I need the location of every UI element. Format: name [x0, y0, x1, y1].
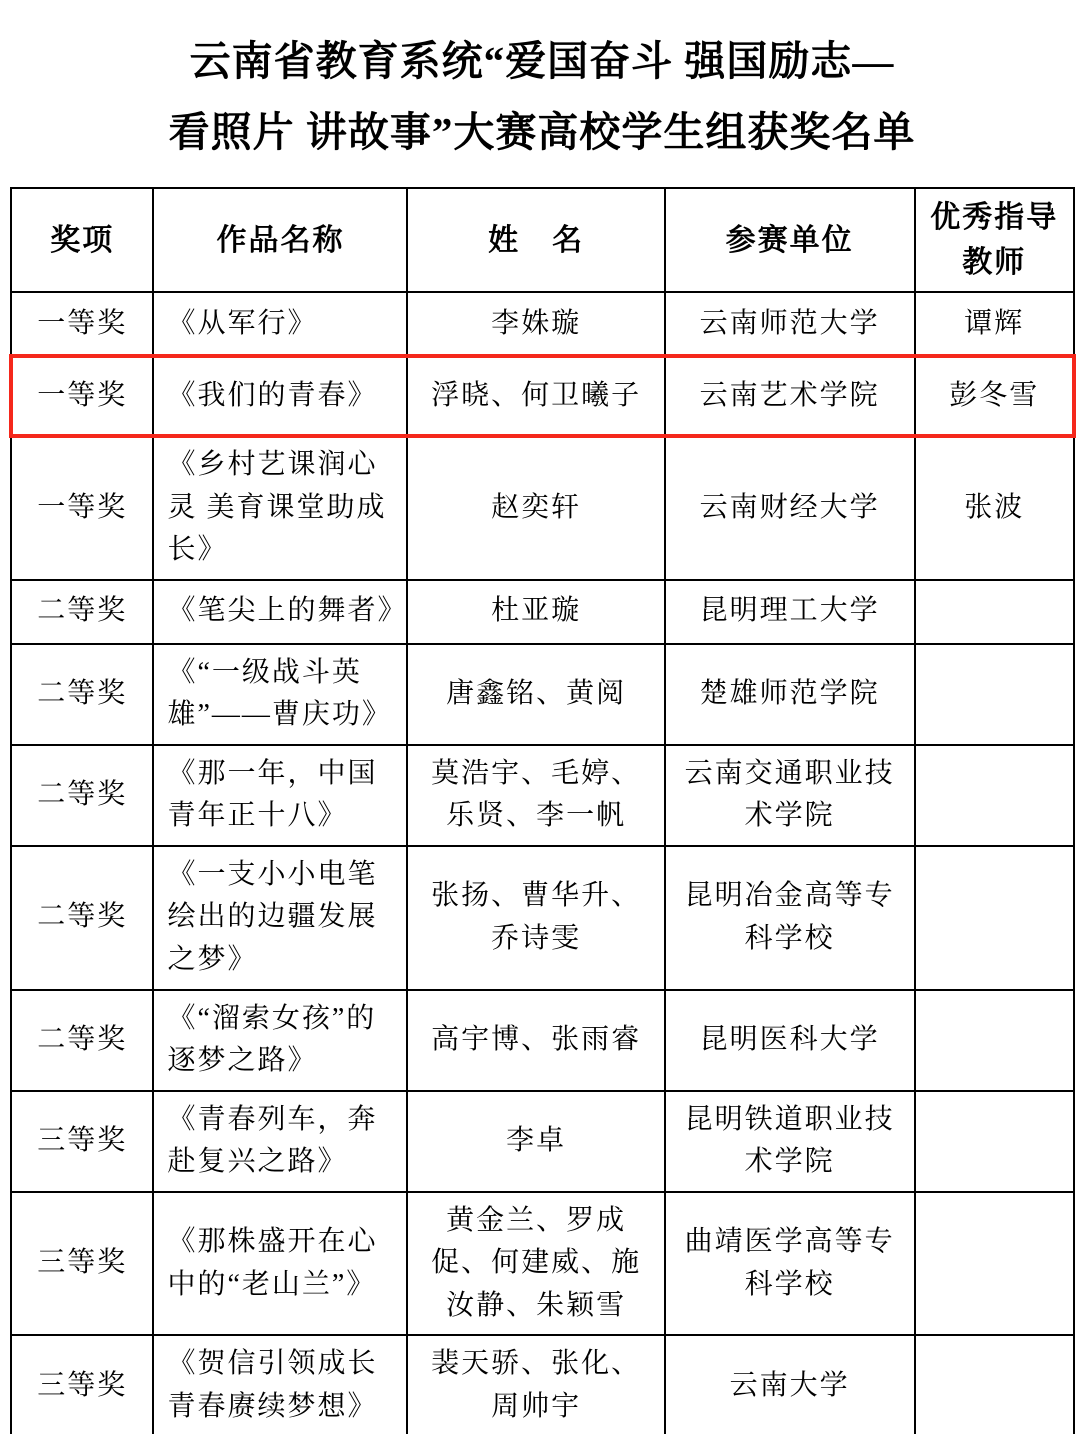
page-title-line2: 看照片 讲故事”大赛高校学生组获奖名单: [169, 109, 916, 155]
award-cell: 二等奖: [11, 580, 153, 644]
awards-table: 奖项 作品名称 姓 名 参赛单位 优秀指导教师 一等奖《从军行》李姝璇云南师范大…: [10, 187, 1075, 1434]
awards-table-body: 一等奖《从军行》李姝璇云南师范大学谭辉一等奖《我们的青春》浮晓、何卫曦子云南艺术…: [11, 292, 1074, 1434]
unit-cell: 曲靖医学高等专科学校: [665, 1192, 915, 1336]
names-cell: 李卓: [407, 1091, 664, 1192]
award-cell: 三等奖: [11, 1091, 153, 1192]
unit-cell: 云南艺术学院: [665, 356, 915, 436]
names-cell: 裴天骄、张化、周帅宇: [407, 1335, 664, 1434]
unit-cell: 昆明医科大学: [665, 990, 915, 1091]
teacher-cell: [915, 846, 1074, 990]
table-row: 三等奖《青春列车，奔赴复兴之路》李卓昆明铁道职业技术学院: [11, 1091, 1074, 1192]
work-cell: 《“溜索女孩”的逐梦之路》: [153, 990, 407, 1091]
award-cell: 二等奖: [11, 990, 153, 1091]
work-cell: 《“一级战斗英雄”——曹庆功》: [153, 644, 407, 745]
unit-cell: 昆明冶金高等专科学校: [665, 846, 915, 990]
names-cell: 杜亚璇: [407, 580, 664, 644]
table-row-highlighted: 一等奖《我们的青春》浮晓、何卫曦子云南艺术学院彭冬雪: [11, 356, 1074, 436]
names-cell: 莫浩宇、毛婷、乐贤、李一帆: [407, 745, 664, 846]
col-header-names: 姓 名: [407, 188, 664, 292]
table-header-row: 奖项 作品名称 姓 名 参赛单位 优秀指导教师: [11, 188, 1074, 292]
teacher-cell: [915, 745, 1074, 846]
document-page: 云南省教育系统“爱国奋斗 强国励志— 看照片 讲故事”大赛高校学生组获奖名单 奖…: [0, 0, 1084, 1434]
table-row: 二等奖《“一级战斗英雄”——曹庆功》唐鑫铭、黄阅楚雄师范学院: [11, 644, 1074, 745]
teacher-cell: 彭冬雪: [915, 356, 1074, 436]
names-cell: 张扬、曹华升、乔诗雯: [407, 846, 664, 990]
unit-cell: 云南大学: [665, 1335, 915, 1434]
col-header-award: 奖项: [11, 188, 153, 292]
teacher-cell: [915, 644, 1074, 745]
award-cell: 三等奖: [11, 1335, 153, 1434]
unit-cell: 云南交通职业技术学院: [665, 745, 915, 846]
names-cell: 浮晓、何卫曦子: [407, 356, 664, 436]
work-cell: 《那株盛开在心中的“老山兰”》: [153, 1192, 407, 1336]
work-cell: 《从军行》: [153, 292, 407, 356]
unit-cell: 云南师范大学: [665, 292, 915, 356]
teacher-cell: 谭辉: [915, 292, 1074, 356]
table-row: 一等奖《乡村艺课润心灵 美育课堂助成长》赵奕轩云南财经大学张波: [11, 436, 1074, 580]
unit-cell: 昆明理工大学: [665, 580, 915, 644]
col-header-teacher: 优秀指导教师: [915, 188, 1074, 292]
table-row: 三等奖《那株盛开在心中的“老山兰”》黄金兰、罗成促、何建威、施汝静、朱颖雪曲靖医…: [11, 1192, 1074, 1336]
unit-cell: 云南财经大学: [665, 436, 915, 580]
names-cell: 李姝璇: [407, 292, 664, 356]
work-cell: 《贺信引领成长青春赓续梦想》: [153, 1335, 407, 1434]
award-cell: 三等奖: [11, 1192, 153, 1336]
teacher-cell: 张波: [915, 436, 1074, 580]
unit-cell: 昆明铁道职业技术学院: [665, 1091, 915, 1192]
teacher-cell: [915, 1192, 1074, 1336]
work-cell: 《乡村艺课润心灵 美育课堂助成长》: [153, 436, 407, 580]
award-cell: 二等奖: [11, 846, 153, 990]
award-cell: 一等奖: [11, 436, 153, 580]
award-cell: 一等奖: [11, 292, 153, 356]
table-row: 二等奖《那一年，中国青年正十八》莫浩宇、毛婷、乐贤、李一帆云南交通职业技术学院: [11, 745, 1074, 846]
unit-cell: 楚雄师范学院: [665, 644, 915, 745]
award-cell: 二等奖: [11, 644, 153, 745]
award-cell: 二等奖: [11, 745, 153, 846]
page-title: 云南省教育系统“爱国奋斗 强国励志— 看照片 讲故事”大赛高校学生组获奖名单: [28, 26, 1056, 167]
work-cell: 《一支小小电笔绘出的边疆发展之梦》: [153, 846, 407, 990]
page-title-line1: 云南省教育系统“爱国奋斗 强国励志—: [190, 38, 895, 84]
table-row: 二等奖《“溜索女孩”的逐梦之路》高宇博、张雨睿昆明医科大学: [11, 990, 1074, 1091]
work-cell: 《我们的青春》: [153, 356, 407, 436]
table-row: 一等奖《从军行》李姝璇云南师范大学谭辉: [11, 292, 1074, 356]
table-row: 三等奖《贺信引领成长青春赓续梦想》裴天骄、张化、周帅宇云南大学: [11, 1335, 1074, 1434]
names-cell: 高宇博、张雨睿: [407, 990, 664, 1091]
work-cell: 《青春列车，奔赴复兴之路》: [153, 1091, 407, 1192]
names-cell: 唐鑫铭、黄阅: [407, 644, 664, 745]
table-row: 二等奖《一支小小电笔绘出的边疆发展之梦》张扬、曹华升、乔诗雯昆明冶金高等专科学校: [11, 846, 1074, 990]
names-cell: 赵奕轩: [407, 436, 664, 580]
col-header-work: 作品名称: [153, 188, 407, 292]
teacher-cell: [915, 580, 1074, 644]
teacher-cell: [915, 1335, 1074, 1434]
work-cell: 《那一年，中国青年正十八》: [153, 745, 407, 846]
teacher-cell: [915, 1091, 1074, 1192]
award-cell: 一等奖: [11, 356, 153, 436]
teacher-cell: [915, 990, 1074, 1091]
col-header-unit: 参赛单位: [665, 188, 915, 292]
names-cell: 黄金兰、罗成促、何建威、施汝静、朱颖雪: [407, 1192, 664, 1336]
table-row: 二等奖《笔尖上的舞者》杜亚璇昆明理工大学: [11, 580, 1074, 644]
work-cell: 《笔尖上的舞者》: [153, 580, 407, 644]
